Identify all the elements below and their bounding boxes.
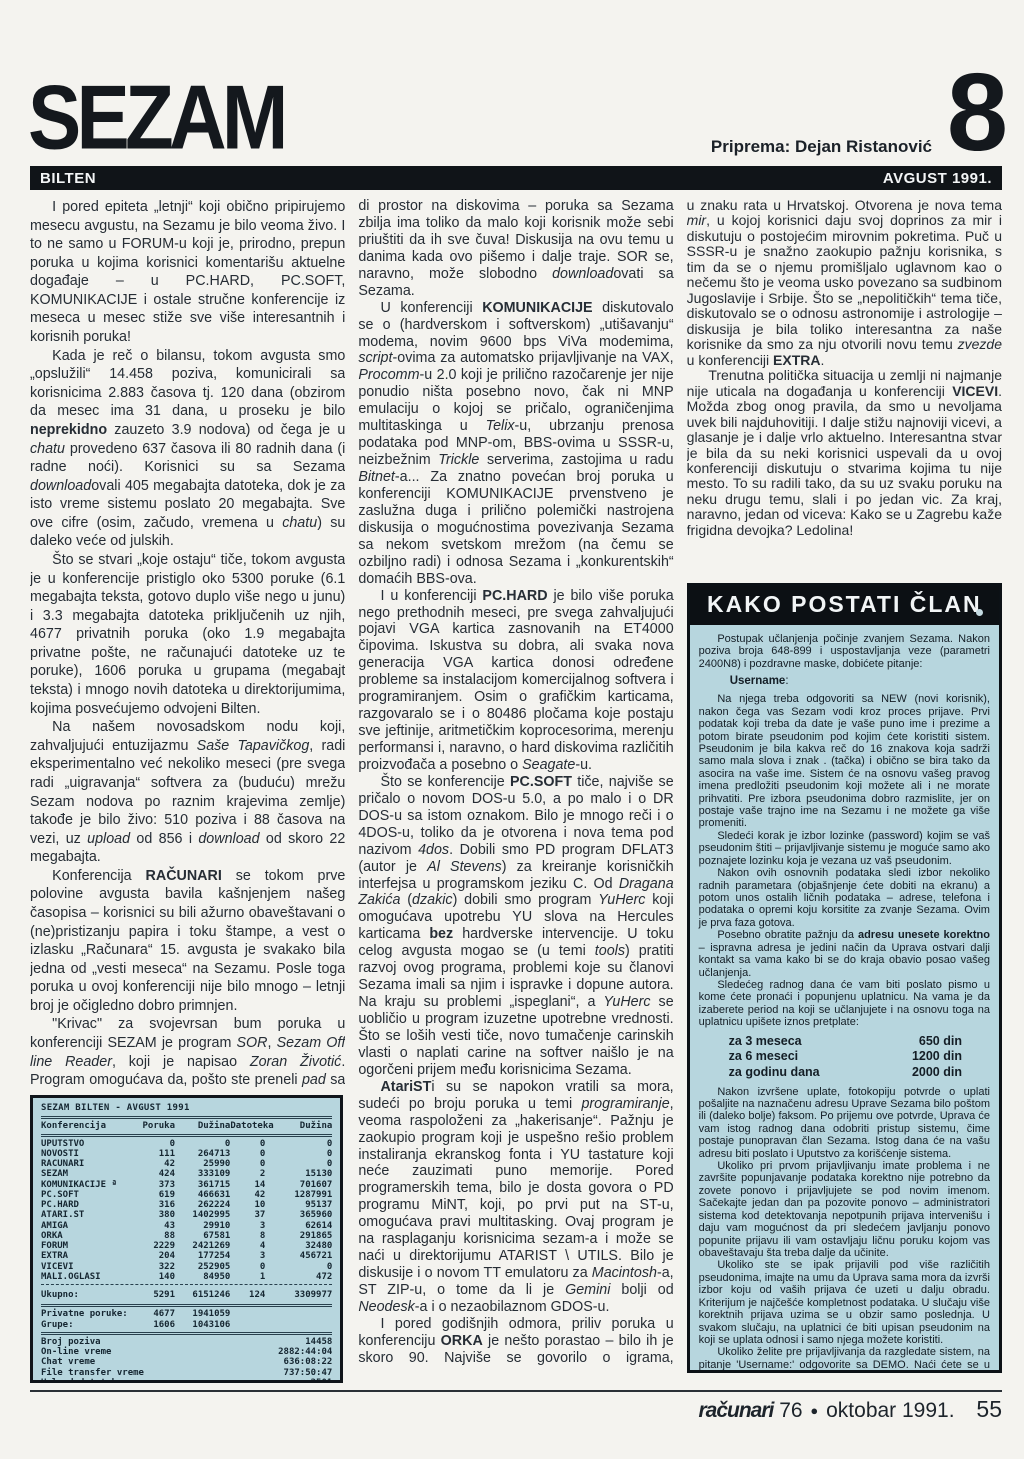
price-period: za 6 meseci [729,1049,799,1065]
body-paragraph: Što se konferencije PC.SOFT tiče, najviš… [358,774,673,1079]
cell-konferencija: KOMUNIKACIJE ª [41,1180,140,1190]
cell-empty [230,1309,265,1319]
body-paragraph: Na našem novosadskom nodu koji, zahvalju… [30,718,345,867]
stat-label: On-line vreme [41,1347,111,1357]
stat-row: Broj poziva 14458 [41,1337,332,1347]
cell-datoteka: 0 [230,1149,265,1159]
cell-empty [265,1309,332,1319]
cell-datoteka: 37 [230,1210,265,1220]
price-amount: 650 din [919,1034,962,1050]
price-amount: 1200 din [912,1049,962,1065]
cell-poruka: 4677 [140,1309,175,1319]
cell-duzina2: 32480 [265,1241,332,1251]
cell-konferencija: NOVOSTI [41,1149,140,1159]
membership-intro: Postupak učlanjenja počinje zvanjem Seza… [699,633,990,670]
column-1-text: I pored epiteta „letnji“ koji obično pri… [30,198,345,1088]
stat-value: 14458 [305,1337,332,1347]
magazine-issue: 76 [779,1399,802,1422]
cell-konferencija: FORUM [41,1241,140,1251]
page-footer: računari 76 ● oktobar 1991. 55 [30,1390,1002,1423]
cell-konferencija: PC.SOFT [41,1190,140,1200]
byline: Priprema: Dejan Ristanović [711,137,932,157]
price-row: za 6 meseci 1200 din [729,1049,962,1065]
cell-poruka: 204 [140,1251,175,1261]
body-paragraph: di prostor na diskovima – poruka sa Seza… [358,198,673,300]
bullet-separator: ● [808,1403,820,1418]
cell-datoteka: 1 [230,1272,265,1282]
table-row: PC.HARD 316 262224 10 95137 [41,1200,332,1210]
issue-date: AVGUST 1991. [883,170,992,187]
cell-konferencija: PC.HARD [41,1200,140,1210]
cell-datoteka: 10 [230,1200,265,1210]
stat-label: Chat vreme [41,1357,95,1367]
cell-duzina2: 0 [265,1139,332,1149]
table-row: VICEVI 322 252905 0 0 [41,1262,332,1272]
body-paragraph: Kada je reč o bilansu, tokom avgusta smo… [30,347,345,551]
cell-datoteka: 0 [230,1262,265,1272]
cell-konferencija: AMIGA [41,1221,140,1231]
membership-paragraph: Ukoliko ste se ipak prijavili pod više r… [699,1259,990,1346]
col-header-poruka: Poruka [140,1121,175,1131]
price-row: za 3 meseca 650 din [729,1034,962,1050]
cell-konferencija: VICEVI [41,1262,140,1272]
cell-poruka: 0 [140,1139,175,1149]
total-duzina2: 3309977 [265,1290,332,1300]
body-paragraph: Konferencija RAČUNARI se tokom prve polo… [30,867,345,1016]
stat-row: Chat vreme 636:08:22 [41,1357,332,1367]
price-list: za 3 meseca 650 din za 6 meseci 1200 din… [729,1034,962,1081]
column-1: I pored epiteta „letnji“ koji obično pri… [30,198,345,1387]
cell-konferencija: EXTRA [41,1251,140,1261]
cell-duzina2: 456721 [265,1251,332,1261]
cell-duzina: 1941059 [175,1309,230,1319]
price-amount: 2000 din [912,1065,962,1081]
membership-box: KAKO POSTATI ČLAN Postupak učlanjenja po… [687,583,1002,1373]
total-label: Ukupno: [41,1290,140,1300]
body-paragraph: AtariSTi su se napokon vratili sa mora, … [358,1079,673,1316]
table-divider [41,1134,332,1137]
table-divider [41,1332,332,1335]
stats-table: SEZAM BILTEN - AVGUST 1991 Konferencija … [30,1095,343,1383]
magazine-name: računari [699,1399,774,1422]
sezam-logo: SEZAM [28,72,284,163]
cell-datoteka: 2 [230,1169,265,1179]
cell-poruka: 322 [140,1262,175,1272]
username-prompt: Username: [699,675,990,688]
cell-poruka: 424 [140,1169,175,1179]
col-header-konferencija: Konferencija [41,1121,140,1131]
bulletin-label: BILTEN [40,170,96,187]
cell-poruka: 140 [140,1272,175,1282]
membership-title-text: KAKO POSTATI ČLAN [707,591,982,617]
table-row: AMIGA 43 29910 3 62614 [41,1221,332,1231]
cell-konferencija: ORKA [41,1231,140,1241]
table-total-row: Ukupno: 5291 6151246 124 3309977 [41,1290,332,1300]
cell-duzina: 0 [175,1139,230,1149]
body-paragraph: U konferenciji KOMUNIKACIJE diskutovalo … [358,300,673,588]
cell-duzina2: 62614 [265,1221,332,1231]
cell-duzina: 2421269 [175,1241,230,1251]
total-duzina: 6151246 [175,1290,230,1300]
page-number: 55 [976,1396,1002,1422]
table-row: PC.SOFT 619 466631 42 1287991 [41,1190,332,1200]
cell-datoteka: 0 [230,1139,265,1149]
body-paragraph: I pored godišnjih odmora, priliv poruka … [358,1316,673,1368]
cell-duzina2: 701607 [265,1180,332,1190]
column-3-text: u znaku rata u Hrvatskoj. Otvorena je no… [687,198,1002,538]
cell-poruka: 373 [140,1180,175,1190]
cell-label: Privatne poruke: [41,1309,140,1319]
stat-label: Broj poziva [41,1337,101,1347]
table-row: SEZAM 424 333109 2 15130 [41,1169,332,1179]
price-row: za godinu dana 2000 din [729,1065,962,1081]
table-row: UPUTSTVO 0 0 0 0 [41,1139,332,1149]
cell-duzina: 466631 [175,1190,230,1200]
cell-duzina: 25990 [175,1159,230,1169]
cell-duzina: 252905 [175,1262,230,1272]
traffic-stats: Broj poziva 14458 On-line vreme 2882:44:… [41,1337,332,1383]
cell-duzina2: 472 [265,1272,332,1282]
cell-datoteka: 3 [230,1221,265,1231]
private-rows: Privatne poruke: 4677 1941059 Grupe: 160… [41,1309,332,1330]
table-row: Privatne poruke: 4677 1941059 [41,1309,332,1319]
cell-duzina2: 291865 [265,1231,332,1241]
body-paragraph: u znaku rata u Hrvatskoj. Otvorena je no… [687,198,1002,368]
cell-datoteka: 14 [230,1180,265,1190]
cell-duzina: 333109 [175,1169,230,1179]
cell-duzina2: 0 [265,1149,332,1159]
cell-poruka: 619 [140,1190,175,1200]
cell-duzina: 177254 [175,1251,230,1261]
column-3: u znaku rata u Hrvatskoj. Otvorena je no… [687,198,1002,1387]
stat-row: File transfer vreme 737:50:47 [41,1368,332,1378]
cell-duzina: 29910 [175,1221,230,1231]
article-body: I pored epiteta „letnji“ koji obično pri… [30,198,1002,1387]
table-row: ORKA 88 67581 8 291865 [41,1231,332,1241]
cell-duzina2: 0 [265,1262,332,1272]
table-divider [41,1304,332,1307]
cell-duzina: 264713 [175,1149,230,1159]
cell-duzina: 84950 [175,1272,230,1282]
body-paragraph: Što se stvari „koje ostaju“ tiče, tokom … [30,551,345,718]
table-row: Grupe: 1606 1043106 [41,1320,332,1330]
membership-paragraph: Nakon ovih osnovnih podataka sledi izbor… [699,867,990,929]
stat-value: 636:08:22 [284,1357,333,1367]
cell-duzina: 361715 [175,1180,230,1190]
cell-poruka: 43 [140,1221,175,1231]
membership-paragraph: Sledećeg radnog dana će vam biti poslato… [699,979,990,1029]
stat-row: On-line vreme 2882:44:04 [41,1347,332,1357]
table-row: KOMUNIKACIJE ª 373 361715 14 701607 [41,1180,332,1190]
cell-duzina2: 0 [265,1159,332,1169]
col-header-duzina: Dužina [175,1121,230,1131]
stat-value: 2882:44:04 [278,1347,332,1357]
cell-duzina2: 95137 [265,1200,332,1210]
table-row: MALI.OGLASI 140 84950 1 472 [41,1272,332,1282]
table-divider [41,1116,332,1119]
membership-paragraph: Ukoliko pri prvom prijavljivanju imate p… [699,1160,990,1259]
membership-paragraphs-1: Na njega treba odgovoriti sa NEW (novi k… [699,693,990,1028]
dot-decoration [976,609,983,616]
body-paragraph: I pored epiteta „letnji“ koji obično pri… [30,198,345,347]
cell-datoteka: 4 [230,1241,265,1251]
membership-paragraphs-2: Nakon izvršene uplate, fotokopiju potvrd… [699,1086,990,1373]
table-divider [41,1284,332,1286]
cell-konferencija: SEZAM [41,1169,140,1179]
body-paragraph: Trenutna politička situacija u zemlji ni… [687,368,1002,538]
cell-duzina: 67581 [175,1231,230,1241]
membership-paragraph: Nakon izvršene uplate, fotokopiju potvrd… [699,1086,990,1161]
total-datoteka: 124 [230,1290,265,1300]
stat-value: 737:50:47 [284,1368,333,1378]
cell-poruka: 380 [140,1210,175,1220]
cell-duzina2: 365960 [265,1210,332,1220]
table-row: NOVOSTI 111 264713 0 0 [41,1149,332,1159]
cell-konferencija: RACUNARI [41,1159,140,1169]
cell-konferencija: UPUTSTVO [41,1139,140,1149]
cell-datoteka: 0 [230,1159,265,1169]
cell-konferencija: MALI.OGLASI [41,1272,140,1282]
title-bar: BILTEN AVGUST 1991. [30,166,1002,190]
stat-value: 2501 [311,1378,333,1383]
membership-box-body: Postupak učlanjenja počinje zvanjem Seza… [690,625,999,1373]
cell-empty [230,1320,265,1330]
membership-paragraph: Posebno obratite pažnju da adresu uneset… [699,929,990,979]
cell-empty [265,1320,332,1330]
cell-duzina: 262224 [175,1200,230,1210]
membership-paragraph: Na njega treba odgovoriti sa NEW (novi k… [699,693,990,830]
col-header-datoteka: Datoteka [230,1121,265,1131]
stat-label: File transfer vreme [41,1368,144,1378]
column-2: di prostor na diskovima – poruka sa Seza… [358,198,673,1387]
stats-table-title: SEZAM BILTEN - AVGUST 1991 [41,1103,332,1113]
body-paragraph: I u konferenciji PC.HARD je bilo više po… [358,588,673,774]
membership-paragraph: Ukoliko želite pre prijavljivanja da raz… [699,1346,990,1373]
stat-label: Upload datoteka [41,1378,122,1383]
cell-datoteka: 42 [230,1190,265,1200]
total-poruka: 5291 [140,1290,175,1300]
cell-duzina2: 1287991 [265,1190,332,1200]
stats-table-rows: UPUTSTVO 0 0 0 0 NOVOSTI 111 264713 0 [41,1139,332,1283]
cell-poruka: 1606 [140,1320,175,1330]
cell-datoteka: 3 [230,1251,265,1261]
membership-paragraph: Sledeći korak je izbor lozinke (password… [699,830,990,867]
col-header-duzina2: Dužina [265,1121,332,1131]
cell-poruka: 42 [140,1159,175,1169]
cell-poruka: 111 [140,1149,175,1159]
cell-datoteka: 8 [230,1231,265,1241]
issue-number: 8 [947,58,1008,168]
footer-text: računari 76 ● oktobar 1991. 55 [30,1396,1002,1423]
table-row: RACUNARI 42 25990 0 0 [41,1159,332,1169]
stat-row: Upload datoteka 2501 [41,1378,332,1383]
magazine-page: SEZAM 8 Priprema: Dejan Ristanović BILTE… [0,0,1024,1459]
price-period: za godinu dana [729,1065,820,1081]
table-row: EXTRA 204 177254 3 456721 [41,1251,332,1261]
cell-poruka: 2229 [140,1241,175,1251]
table-row: FORUM 2229 2421269 4 32480 [41,1241,332,1251]
membership-box-title: KAKO POSTATI ČLAN [690,586,999,625]
table-row: ATARI.ST 380 1402995 37 365960 [41,1210,332,1220]
cell-label: Grupe: [41,1320,140,1330]
cell-konferencija: ATARI.ST [41,1210,140,1220]
column-2-text: di prostor na diskovima – poruka sa Seza… [358,198,673,1368]
footer-date: oktobar 1991. [826,1399,954,1422]
cell-duzina2: 15130 [265,1169,332,1179]
cell-duzina: 1402995 [175,1210,230,1220]
body-paragraph: "Krivac" za svojevrsan bum poruka u konf… [30,1015,345,1088]
cell-poruka: 316 [140,1200,175,1210]
cell-poruka: 88 [140,1231,175,1241]
stats-table-header: Konferencija Poruka Dužina Datoteka Duži… [41,1121,332,1131]
price-period: za 3 meseca [729,1034,802,1050]
cell-duzina: 1043106 [175,1320,230,1330]
